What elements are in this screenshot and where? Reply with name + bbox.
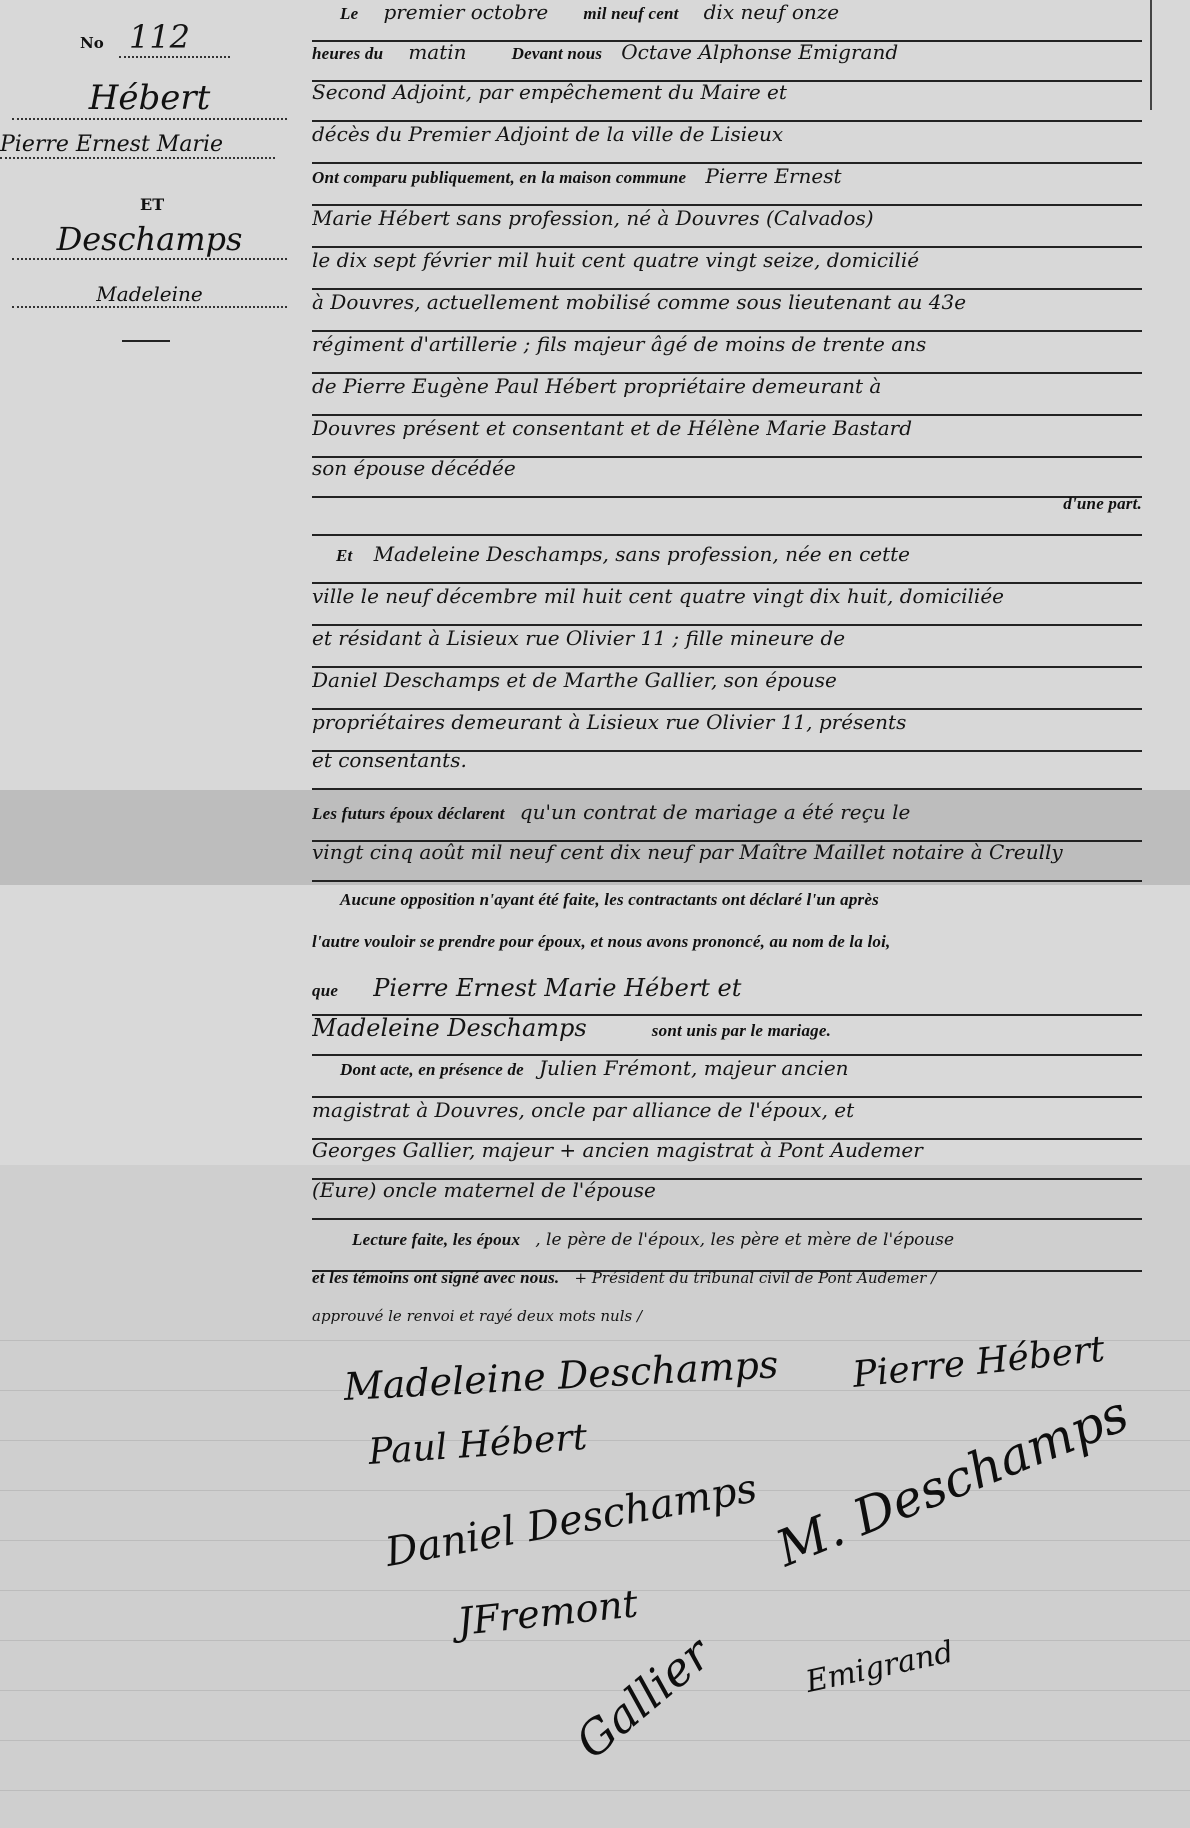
act-line: son épouse décédée [312, 456, 1142, 498]
act-line: le dix sept février mil huit cent quatre… [312, 248, 1142, 290]
act-line: Georges Gallier, majeur + ancien magistr… [312, 1138, 1142, 1180]
handwritten-text: propriétaires demeurant à Lisieux rue Ol… [312, 710, 906, 734]
act-line: propriétaires demeurant à Lisieux rue Ol… [312, 710, 1142, 752]
act-line: Madeleine Deschamps sont unis par le mar… [312, 1014, 1142, 1056]
act-line: heures du matin Devant nous Octave Alpho… [312, 40, 1142, 82]
handwritten-text: dix neuf onze [704, 0, 840, 24]
handwritten-text: matin [408, 40, 466, 64]
number-label: No [80, 34, 104, 52]
act-line: Aucune opposition n'ayant été faite, les… [312, 890, 1142, 930]
number-value: 112 [119, 18, 230, 58]
printed-text: que [312, 981, 338, 1000]
act-line: Les futurs époux déclarent qu'un contrat… [312, 800, 1142, 842]
handwritten-text: Daniel Deschamps et de Marthe Gallier, s… [312, 668, 837, 692]
printed-text: Aucune opposition n'ayant été faite, les… [340, 890, 879, 909]
act-line: Dont acte, en présence de Julien Frémont… [312, 1056, 1142, 1098]
printed-text: Devant nous [512, 44, 603, 63]
printed-text: et les témoins ont signé avec nous. [312, 1268, 559, 1287]
handwritten-text: vingt cinq août mil neuf cent dix neuf p… [312, 840, 1063, 864]
handwritten-text: Douvres présent et consentant et de Hélè… [312, 416, 912, 440]
act-line: Douvres présent et consentant et de Hélè… [312, 416, 1142, 458]
document-page: No 112 Hébert Pierre Ernest Marie ET Des… [0, 0, 1190, 1828]
act-line: Marie Hébert sans profession, né à Douvr… [312, 206, 1142, 248]
handwritten-text: Marie Hébert sans profession, né à Douvr… [312, 206, 874, 230]
handwritten-text: et résidant à Lisieux rue Olivier 11 ; f… [312, 626, 845, 650]
act-line: l'autre vouloir se prendre pour époux, e… [312, 932, 1142, 972]
handwritten-text: Second Adjoint, par empêchement du Maire… [312, 80, 787, 104]
printed-text: d'une part. [1063, 494, 1142, 513]
printed-text: heures du [312, 44, 383, 63]
handwritten-text: approuvé le renvoi et rayé deux mots nul… [312, 1307, 642, 1325]
bride-given-name: Madeleine [12, 282, 287, 308]
act-line: d'une part. [312, 494, 1142, 536]
handwritten-text: décès du Premier Adjoint de la ville de … [312, 122, 783, 146]
act-line: et consentants. [312, 748, 1142, 790]
handwritten-text: ville le neuf décembre mil huit cent qua… [312, 584, 1004, 608]
act-line: et les témoins ont signé avec nous. + Pr… [312, 1268, 1142, 1308]
handwritten-text: Madeleine Deschamps, sans profession, né… [374, 542, 910, 566]
handwritten-text: régiment d'artillerie ; fils majeur âgé … [312, 332, 926, 356]
groom-surname: Hébert [12, 78, 287, 120]
act-line: Second Adjoint, par empêchement du Maire… [312, 80, 1142, 122]
handwritten-text: Pierre Ernest [705, 164, 841, 188]
handwritten-text: + Président du tribunal civil de Pont Au… [574, 1269, 936, 1287]
printed-text: sont unis par le mariage. [652, 1021, 831, 1040]
act-line: Ont comparu publiquement, en la maison c… [312, 164, 1142, 206]
act-line: vingt cinq août mil neuf cent dix neuf p… [312, 840, 1142, 882]
act-line: magistrat à Douvres, oncle par alliance … [312, 1098, 1142, 1140]
handwritten-text: Pierre Ernest Marie Hébert et [373, 974, 741, 1002]
act-line: et résidant à Lisieux rue Olivier 11 ; f… [312, 626, 1142, 668]
divider [122, 340, 170, 342]
act-line: ville le neuf décembre mil huit cent qua… [312, 584, 1142, 626]
printed-text: Le [340, 4, 358, 23]
act-line: à Douvres, actuellement mobilisé comme s… [312, 290, 1142, 332]
handwritten-text: Julien Frémont, majeur ancien [539, 1056, 849, 1080]
handwritten-text: Georges Gallier, majeur + ancien magistr… [312, 1138, 923, 1162]
printed-text: Dont acte, en présence de [340, 1060, 524, 1079]
act-line: Lecture faite, les époux , le père de l'… [312, 1230, 1142, 1272]
act-line: (Eure) oncle maternel de l'épouse [312, 1178, 1142, 1220]
printed-text: mil neuf cent [583, 4, 678, 23]
handwritten-text: Octave Alphonse Emigrand [621, 40, 898, 64]
printed-text: Et [336, 546, 352, 565]
act-line: de Pierre Eugène Paul Hébert propriétair… [312, 374, 1142, 416]
page-edge [1150, 0, 1152, 110]
act-line: Daniel Deschamps et de Marthe Gallier, s… [312, 668, 1142, 710]
act-line: régiment d'artillerie ; fils majeur âgé … [312, 332, 1142, 374]
handwritten-text: de Pierre Eugène Paul Hébert propriétair… [312, 374, 881, 398]
act-number: No 112 [80, 18, 230, 56]
act-line: que Pierre Ernest Marie Hébert et [312, 974, 1142, 1016]
act-line: Le premier octobre mil neuf cent dix neu… [312, 0, 1142, 42]
printed-text: Les futurs époux déclarent [312, 804, 505, 823]
bride-surname: Deschamps [12, 220, 287, 260]
handwritten-text: qu'un contrat de mariage a été reçu le [520, 800, 911, 824]
printed-text: Lecture faite, les époux [352, 1230, 520, 1249]
act-line: Et Madeleine Deschamps, sans profession,… [312, 542, 1142, 584]
printed-text: l'autre vouloir se prendre pour époux, e… [312, 932, 890, 951]
margin-index: No 112 Hébert Pierre Ernest Marie ET Des… [0, 0, 300, 360]
handwritten-text: et consentants. [312, 748, 467, 772]
handwritten-text: , le père de l'époux, les père et mère d… [535, 1230, 954, 1250]
et-label: ET [140, 195, 164, 214]
handwritten-text: à Douvres, actuellement mobilisé comme s… [312, 290, 966, 314]
handwritten-text: (Eure) oncle maternel de l'épouse [312, 1178, 656, 1202]
handwritten-text: Madeleine Deschamps [312, 1014, 587, 1042]
handwritten-text: premier octobre [383, 0, 548, 24]
handwritten-text: son épouse décédée [312, 456, 516, 480]
handwritten-text: magistrat à Douvres, oncle par alliance … [312, 1098, 854, 1122]
printed-text: Ont comparu publiquement, en la maison c… [312, 168, 686, 187]
groom-given-names: Pierre Ernest Marie [0, 132, 275, 159]
handwritten-text: le dix sept février mil huit cent quatre… [312, 248, 919, 272]
act-line: décès du Premier Adjoint de la ville de … [312, 122, 1142, 164]
